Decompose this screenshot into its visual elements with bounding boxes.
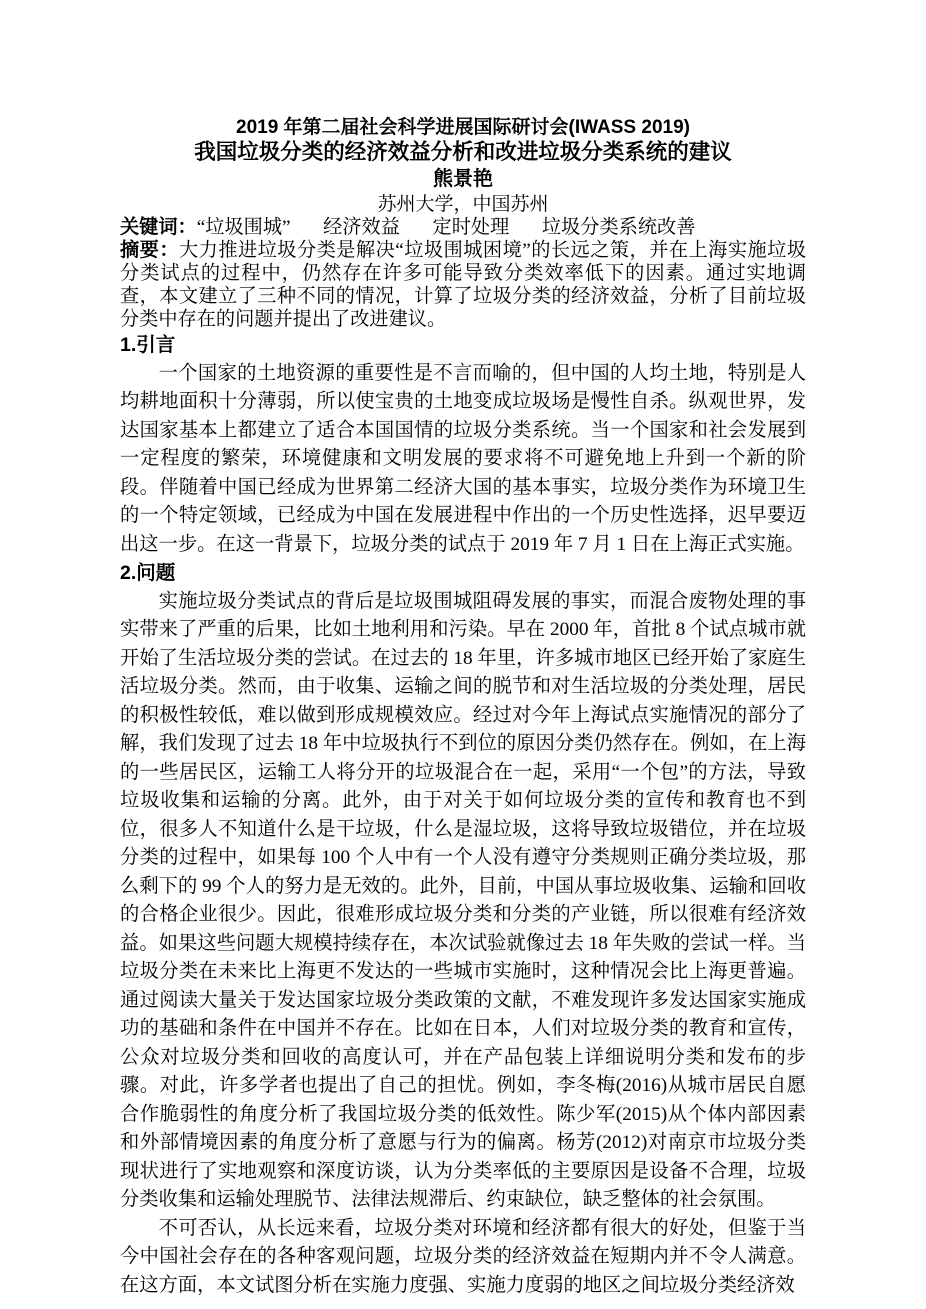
- keyword-item: 垃圾分类系统改善: [542, 217, 696, 238]
- abstract-text: 大力推进垃圾分类是解决“垃圾围城困境”的长远之策，并在上海实施垃圾分类试点的过程…: [120, 240, 806, 330]
- keyword-item: 经济效益: [323, 217, 400, 238]
- problem-paragraph-2: 不可否认，从长远来看，垃圾分类对环境和经济都有很大的好处，但鉴于当今中国社会存在…: [120, 1215, 806, 1301]
- problem-paragraph-1: 实施垃圾分类试点的背后是垃圾围城阻碍发展的事实，而混合废物处理的事实带来了严重的…: [120, 588, 806, 1215]
- section-heading-problem: 2.问题: [120, 559, 806, 588]
- keyword-item: 定时处理: [433, 217, 510, 238]
- keywords-line: 关键词：“垃圾围城”经济效益定时处理垃圾分类系统改善: [120, 216, 806, 239]
- paper-body: 1.引言 一个国家的土地资源的重要性是不言而喻的，但中国的人均土地，特别是人均耕…: [120, 331, 806, 1300]
- abstract: 摘要：大力推进垃圾分类是解决“垃圾围城困境”的长远之策，并在上海实施垃圾分类试点…: [120, 239, 806, 331]
- paper-title: 我国垃圾分类的经济效益分析和改进垃圾分类系统的建议: [120, 139, 806, 166]
- abstract-label: 摘要：: [120, 240, 179, 261]
- keyword-item: “垃圾围城”: [197, 217, 291, 238]
- section-heading-introduction: 1.引言: [120, 331, 806, 360]
- introduction-paragraph: 一个国家的土地资源的重要性是不言而喻的，但中国的人均土地，特别是人均耕地面积十分…: [120, 360, 806, 560]
- conference-title: 2019 年第二届社会科学进展国际研讨会(IWASS 2019): [120, 116, 806, 139]
- author-name: 熊景艳: [120, 166, 806, 193]
- document-page: 2019 年第二届社会科学进展国际研讨会(IWASS 2019) 我国垃圾分类的…: [0, 0, 926, 1309]
- keywords-label: 关键词：: [120, 217, 197, 238]
- author-affiliation: 苏州大学，中国苏州: [120, 193, 806, 216]
